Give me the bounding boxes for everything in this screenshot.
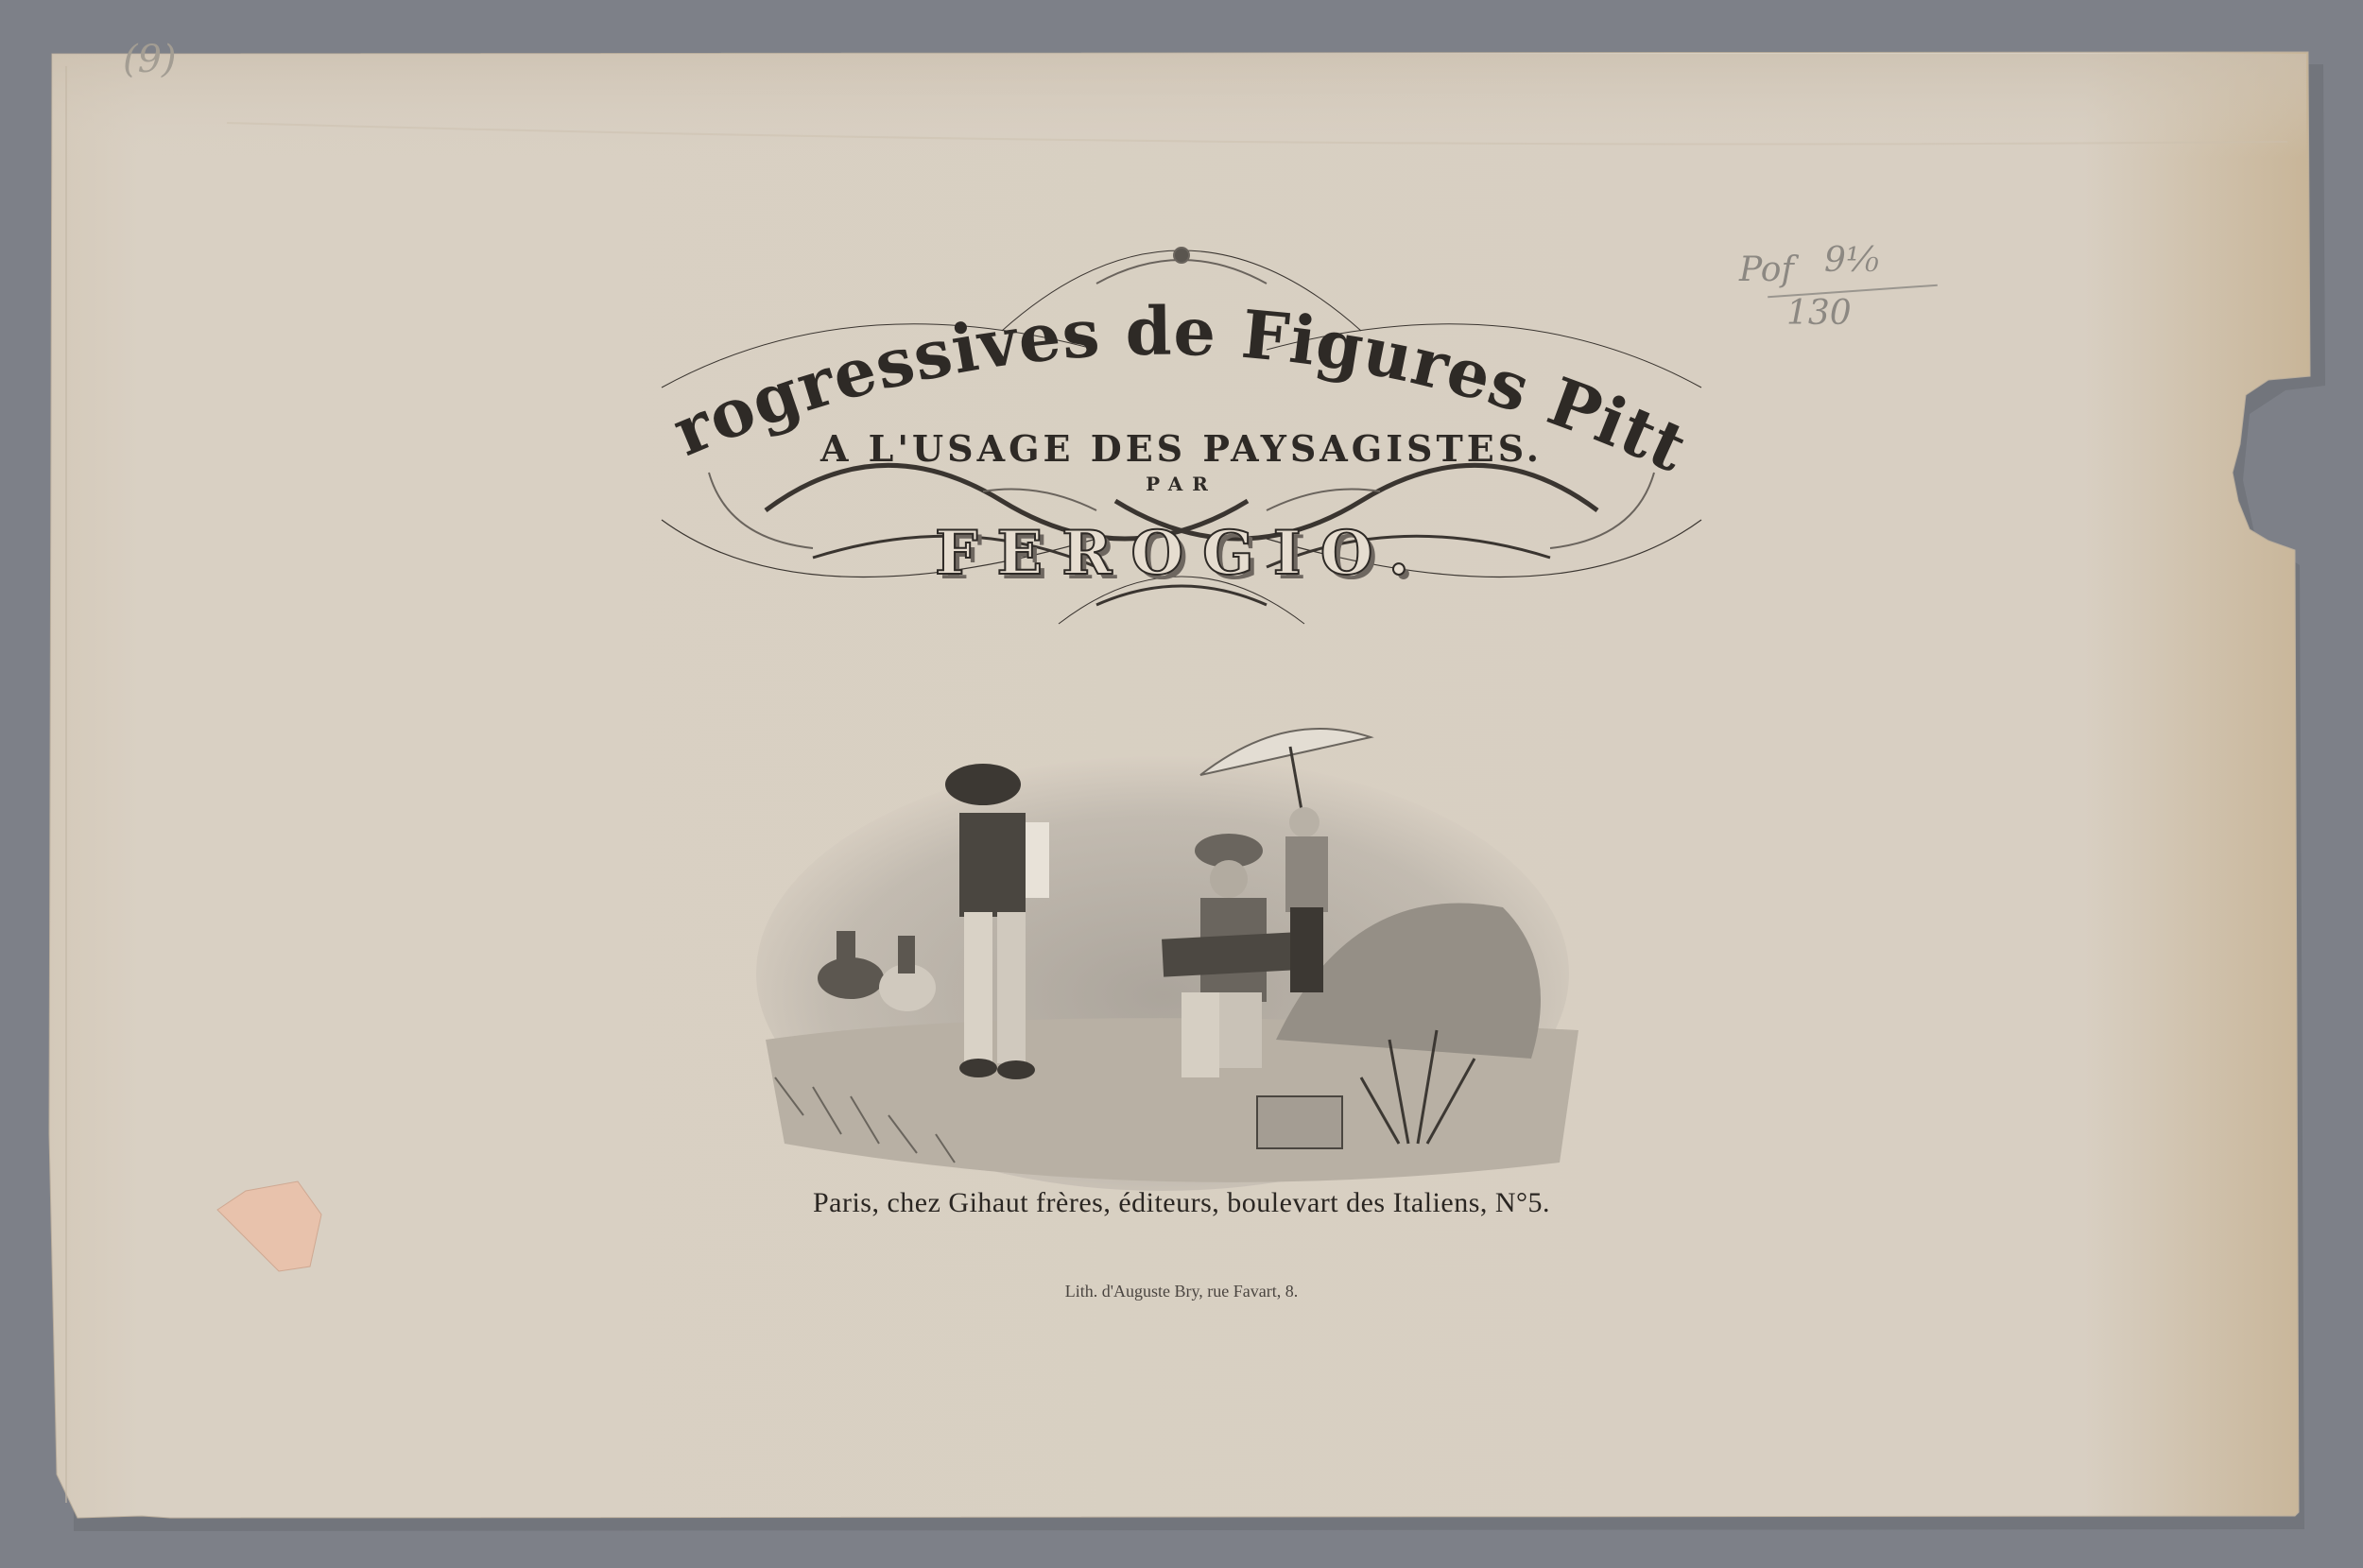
author-name: FEROGIO. xyxy=(0,518,2363,589)
pencil-fraction-bottom: 130 xyxy=(1786,294,1852,333)
corner-pencil-mark: (9) xyxy=(123,38,177,81)
by-label: PAR xyxy=(0,473,2363,495)
landscape-vignette xyxy=(747,718,1578,1191)
pencil-ref: Pof xyxy=(1739,250,1794,289)
pencil-annotation: Pof 9¹⁄₀ 130 xyxy=(1749,241,1938,345)
paper-repair-patch xyxy=(208,1172,331,1276)
subtitle: A L'USAGE DES PAYSAGISTES. xyxy=(0,427,2363,470)
pencil-fraction-top: 9¹⁄₀ xyxy=(1824,241,1879,280)
printer-line: Lith. d'Auguste Bry, rue Favart, 8. xyxy=(0,1282,2363,1301)
basket-figure xyxy=(1257,1096,1342,1148)
publisher-line: Paris, chez Gihaut frères, éditeurs, bou… xyxy=(0,1187,2363,1219)
